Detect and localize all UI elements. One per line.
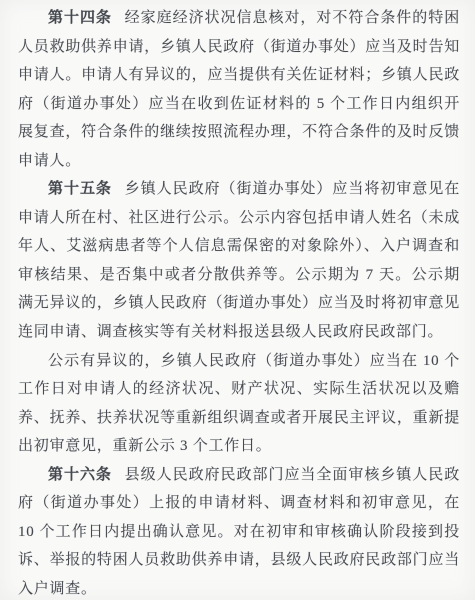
- article-14-text: 经家庭经济状况信息核对，对不符合条件的特困人员救助供养申请，乡镇人民政府（街道办…: [18, 10, 460, 169]
- paragraph-article-15: 第十五条乡镇人民政府（街道办事处）应当将初审意见在申请人所在村、社区进行公示。公…: [18, 175, 460, 346]
- article-15-continued-text: 公示有异议的，乡镇人民政府（街道办事处）应当在 10 个工作日对申请人的经济状况…: [18, 353, 460, 455]
- paragraph-article-15-continued: 公示有异议的，乡镇人民政府（街道办事处）应当在 10 个工作日对申请人的经济状况…: [18, 347, 460, 461]
- article-16-text: 县级人民政府民政部门应当全面审核乡镇人民政府（街道办事处）上报的申请材料、调查材…: [18, 467, 460, 597]
- paragraph-article-16: 第十六条县级人民政府民政部门应当全面审核乡镇人民政府（街道办事处）上报的申请材料…: [18, 461, 460, 600]
- article-15-number: 第十五条: [48, 181, 112, 197]
- article-14-number: 第十四条: [48, 10, 112, 26]
- article-15-text: 乡镇人民政府（街道办事处）应当将初审意见在申请人所在村、社区进行公示。公示内容包…: [18, 181, 460, 340]
- article-16-number: 第十六条: [48, 467, 112, 483]
- paragraph-article-14: 第十四条经家庭经济状况信息核对，对不符合条件的特困人员救助供养申请，乡镇人民政府…: [18, 4, 460, 175]
- document-page: 第十四条经家庭经济状况信息核对，对不符合条件的特困人员救助供养申请，乡镇人民政府…: [0, 0, 475, 600]
